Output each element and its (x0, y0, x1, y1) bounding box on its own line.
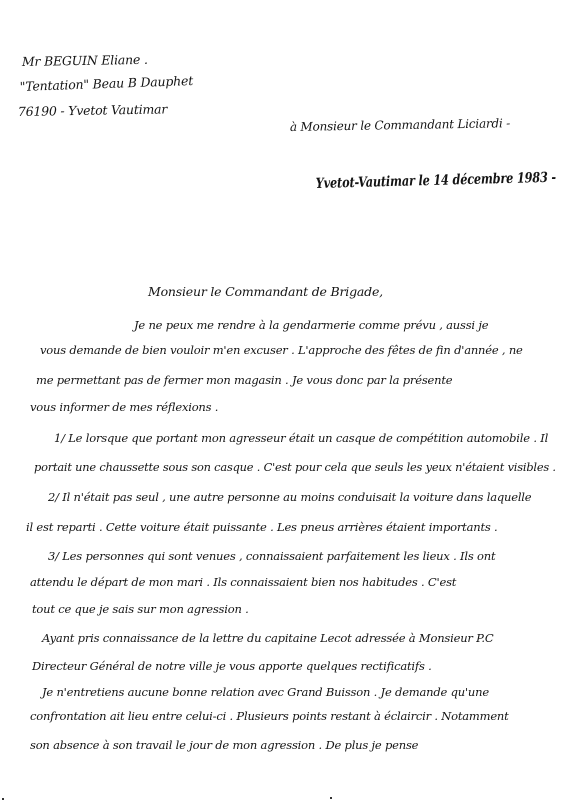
body-line: me permettant pas de fermer mon magasin … (36, 373, 452, 387)
body-line: 3/ Les personnes qui sont venues , conna… (48, 549, 495, 563)
body-line: Je ne peux me rendre à la gendarmerie co… (134, 318, 488, 332)
body-line: Je n'entretiens aucune bonne relation av… (42, 685, 489, 699)
scan-speck (330, 797, 332, 799)
sender-city: 76190 - Yvetot Vautimar (18, 101, 168, 119)
body-line: confrontation ait lieu entre celui-ci . … (30, 709, 509, 723)
body-line: Directeur Général de notre ville je vous… (32, 659, 432, 673)
sender-address: "Tentation" Beau B Dauphet (19, 73, 193, 94)
recipient-line: à Monsieur le Commandant Liciardi - (290, 116, 510, 134)
sender-name: Mr BEGUIN Eliane . (22, 52, 148, 69)
body-line: attendu le départ de mon mari . Ils conn… (30, 575, 456, 589)
body-line: son absence à son travail le jour de mon… (30, 738, 418, 752)
body-line: Ayant pris connaissance de la lettre du … (42, 631, 493, 645)
salutation: Monsieur le Commandant de Brigade, (148, 284, 383, 299)
body-line: tout ce que je sais sur mon agression . (32, 602, 249, 616)
place-date: Yvetot-Vautimar le 14 décembre 1983 - (316, 170, 557, 192)
body-line: 2/ Il n'était pas seul , une autre perso… (48, 490, 531, 504)
body-line: vous demande de bien vouloir m'en excuse… (40, 343, 523, 357)
body-line: 1/ Le lorsque que portant mon agresseur … (54, 431, 548, 445)
body-line: portait une chaussette sous son casque .… (34, 460, 556, 474)
letter-page: Mr BEGUIN Eliane . "Tentation" Beau B Da… (0, 0, 568, 800)
body-line: il est reparti . Cette voiture était pui… (26, 520, 497, 534)
body-line: vous informer de mes réflexions . (30, 400, 218, 414)
